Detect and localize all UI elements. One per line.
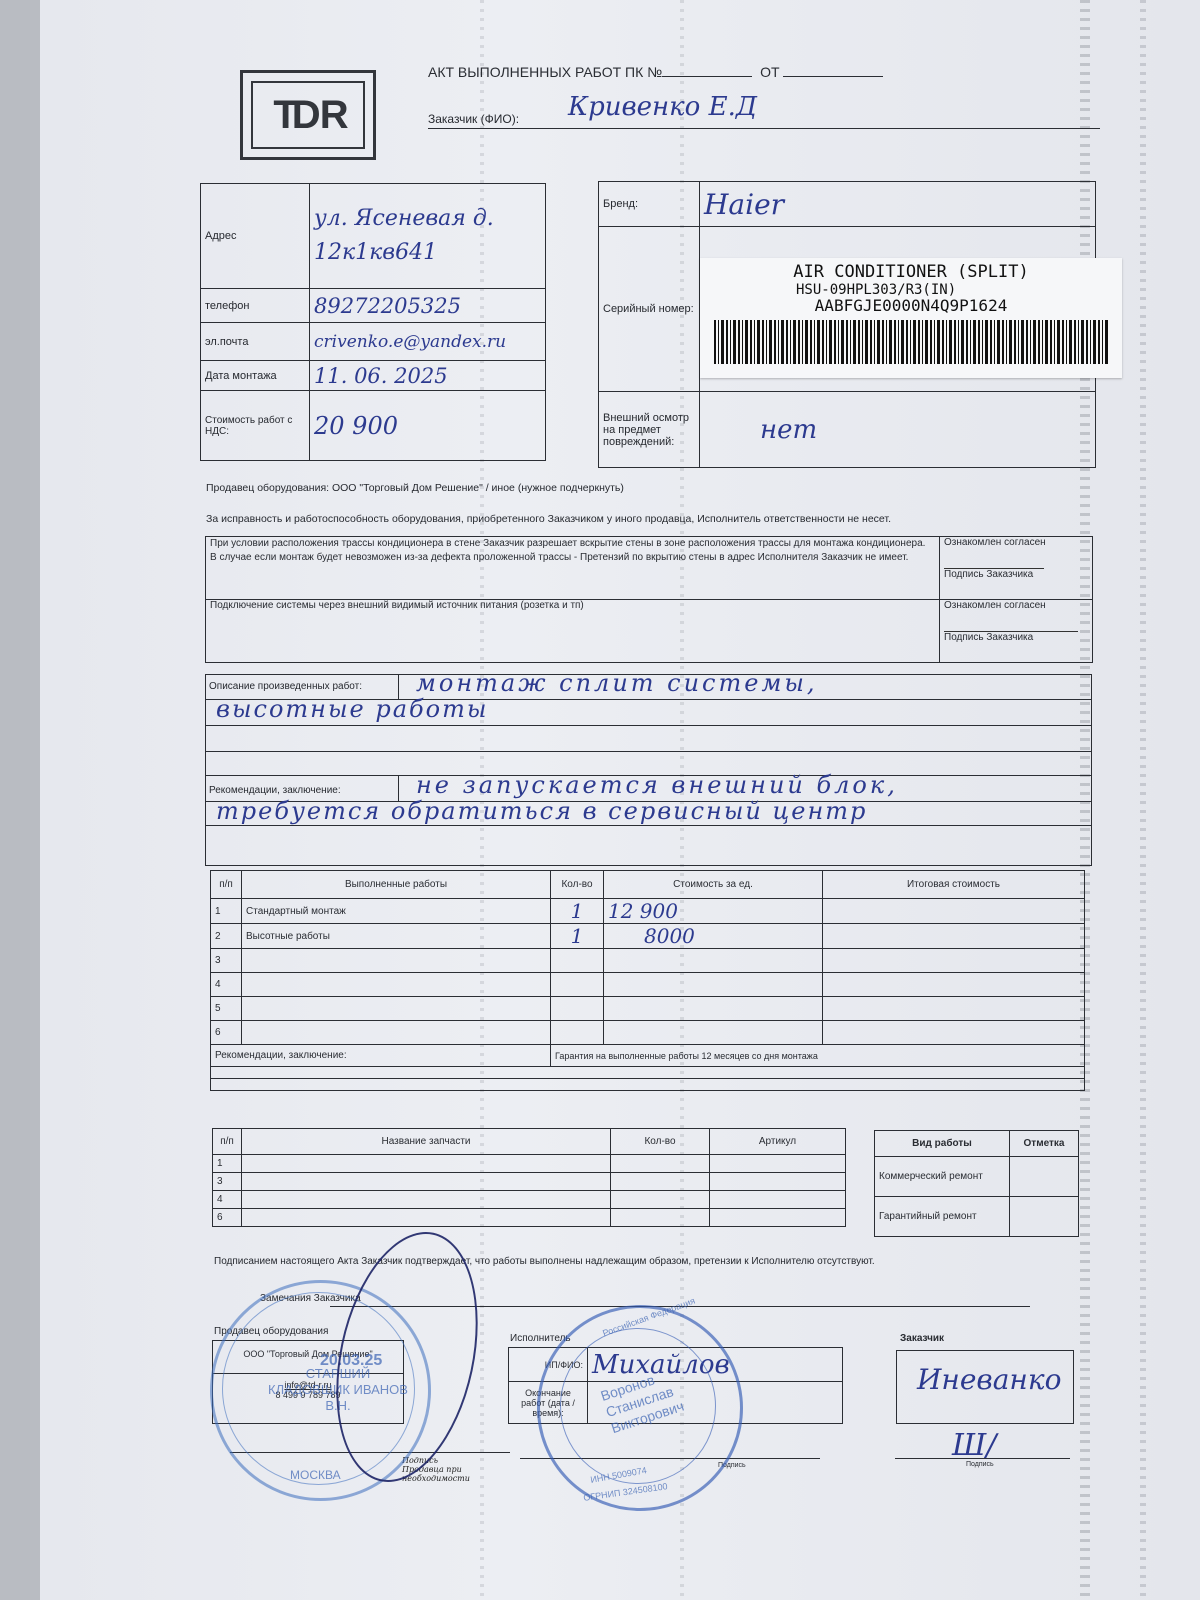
phone-value: 89272205325 [310,289,546,323]
confirmation-text: Подписанием настоящего Акта Заказчик под… [214,1256,875,1267]
install-date-value: 11. 06. 2025 [310,361,546,391]
customer-signature-box: Иневанко [896,1350,1074,1424]
brand-value: Haier [700,182,1096,227]
table-row: 5 [211,997,1085,1021]
document-title: АКТ ВЫПОЛНЕННЫХ РАБОТ ПК № ОТ [428,64,883,80]
address-value: ул. Ясеневая д. 12к1кв641 [310,184,546,289]
table-row: 3 [213,1173,846,1191]
work-description-block: Описание произведенных работ: монтаж спл… [205,674,1092,866]
table-row: 6 [213,1209,846,1227]
work-type-table: Вид работыОтметка Коммерческий ремонт Га… [874,1130,1079,1237]
table-row: 6 [211,1021,1085,1045]
table-row: 2Высотные работы 1 8000 [211,924,1085,949]
barcode [714,320,1108,364]
serial-number: AABFGJE0000N4Q9P1624 [700,296,1122,315]
table-row: 1 [213,1155,846,1173]
liability-note: За исправность и работоспособность обору… [206,513,891,525]
seller-note: Продавец оборудования: ООО "Торговый Дом… [206,482,624,494]
cost-value: 20 900 [310,391,546,461]
works-table: п/п Выполненные работы Кол-во Стоимость … [210,870,1085,1091]
table-row: 1Стандартный монтаж 1 12 900 [211,899,1085,924]
parts-table: п/п Название запчасти Кол-во Артикул 1 3… [212,1128,846,1227]
agreements-table: При условии расположения трассы кондицио… [205,536,1093,663]
table-row: 4 [211,973,1085,997]
warranty-repair-mark[interactable] [1010,1197,1079,1237]
customer-name-value: Кривенко Е.Д [568,92,757,122]
serial-number-sticker: AIR CONDITIONER (SPLIT) HSU-09HPL303/R3(… [700,258,1122,378]
customer-name-line: Заказчик (ФИО): Кривенко Е.Д [428,92,1100,129]
inspection-value: нет [700,392,1096,468]
email-value: crivenko.e@yandex.ru [310,323,546,361]
table-row: 3 [211,949,1085,973]
company-logo: TD R [240,70,376,160]
client-info-table: Адрес ул. Ясеневая д. 12к1кв641 телефон … [200,183,546,461]
table-row: 4 [213,1191,846,1209]
commercial-repair-mark[interactable] [1010,1157,1079,1197]
